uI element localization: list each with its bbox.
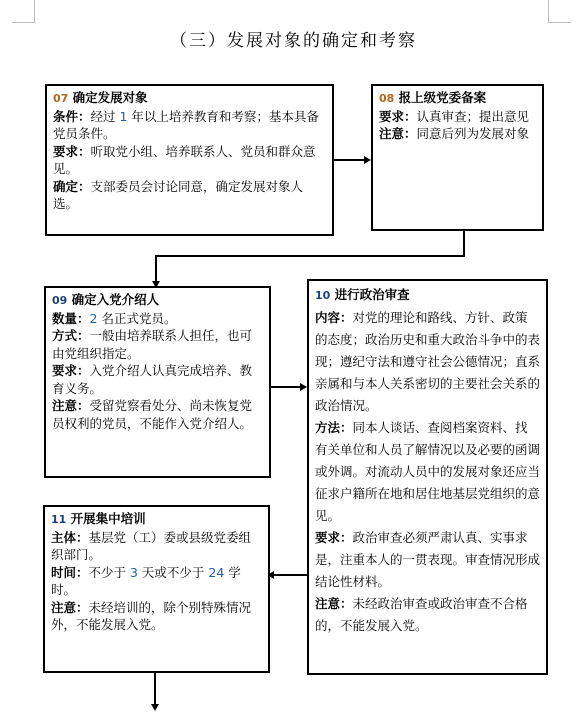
- step-11-subject: 主体：基层党（工）委或县级党委组织部门。: [51, 529, 262, 564]
- step-07-condition: 条件：经过 1 年以上培养教育和考察；基本具备党员条件。: [53, 108, 326, 143]
- arrow-right-icon: [364, 156, 371, 164]
- connector-08-09-horizontal: [155, 255, 465, 257]
- section-title: （三）发展对象的确定和考察: [0, 26, 587, 51]
- step-07-confirm: 确定：支部委员会讨论同意，确定发展对象人选。: [53, 178, 326, 213]
- step-11-box: 11 开展集中培训 主体：基层党（工）委或县级党委组织部门。 时间：不少于 3 …: [43, 505, 270, 673]
- step-11-note: 注意：未经培训的，除个别特殊情况外，不能发展入党。: [51, 599, 262, 634]
- connector-08-09-vertical-a: [463, 231, 465, 256]
- step-08-requirement: 要求：认真审查；提出意见: [379, 108, 536, 126]
- step-07-heading: 07 确定发展对象: [53, 89, 326, 108]
- page-corner-mark-right: [548, 0, 571, 23]
- step-09-box: 09 确定入党介绍人 数量：2 名正式党员。 方式：一般由培养联系人担任，也可由…: [44, 286, 271, 478]
- step-10-method: 方法：同本人谈话、查阅档案资料、找有关单位和人员了解情况以及必要的函调或外调。对…: [315, 417, 540, 527]
- step-07-box: 07 确定发展对象 条件：经过 1 年以上培养教育和考察；基本具备党员条件。 要…: [45, 84, 334, 236]
- step-09-quantity: 数量：2 名正式党员。: [52, 310, 263, 328]
- step-10-box: 10 进行政治审查 内容：对党的理论和路线、方针、政策的态度；政治历史和重大政治…: [307, 279, 548, 675]
- connector-08-09-vertical-b: [155, 255, 157, 282]
- step-09-note: 注意：受留党察看处分、尚未恢复党员权利的党员，不能作入党介绍人。: [52, 397, 263, 432]
- connector-11-next: [154, 673, 156, 705]
- step-10-content: 内容：对党的理论和路线、方针、政策的态度；政治历史和重大政治斗争中的表现；遵纪守…: [315, 307, 540, 417]
- step-07-requirement: 要求：听取党小组、培养联系人、党员和群众意见。: [53, 143, 326, 178]
- arrow-down-icon: [151, 704, 159, 711]
- page-corner-mark-left: [12, 0, 35, 23]
- connector-07-08: [334, 159, 364, 161]
- step-09-heading: 09 确定入党介绍人: [52, 291, 263, 310]
- step-09-requirement: 要求：入党介绍人认真完成培养、教育义务。: [52, 362, 263, 397]
- step-08-box: 08 报上级党委备案 要求：认真审查；提出意见 注意：同意后列为发展对象: [371, 84, 544, 231]
- step-10-requirement: 要求：政治审查必须严肃认真、实事求是，注重本人的一贯表现。审查情况形成结论性材料…: [315, 527, 540, 593]
- step-11-time: 时间：不少于 3 天或不少于 24 学时。: [51, 564, 262, 599]
- step-08-heading: 08 报上级党委备案: [379, 89, 536, 108]
- step-10-heading: 10 进行政治审查: [315, 284, 540, 307]
- step-10-note: 注意：未经政治审查或政治审查不合格的，不能发展入党。: [315, 593, 540, 637]
- connector-09-10: [271, 386, 302, 388]
- step-11-heading: 11 开展集中培训: [51, 510, 262, 529]
- step-08-note: 注意：同意后列为发展对象: [379, 125, 536, 143]
- step-09-method: 方式：一般由培养联系人担任，也可由党组织指定。: [52, 327, 263, 362]
- arrow-right-icon: [300, 383, 307, 391]
- connector-10-11: [272, 574, 307, 576]
